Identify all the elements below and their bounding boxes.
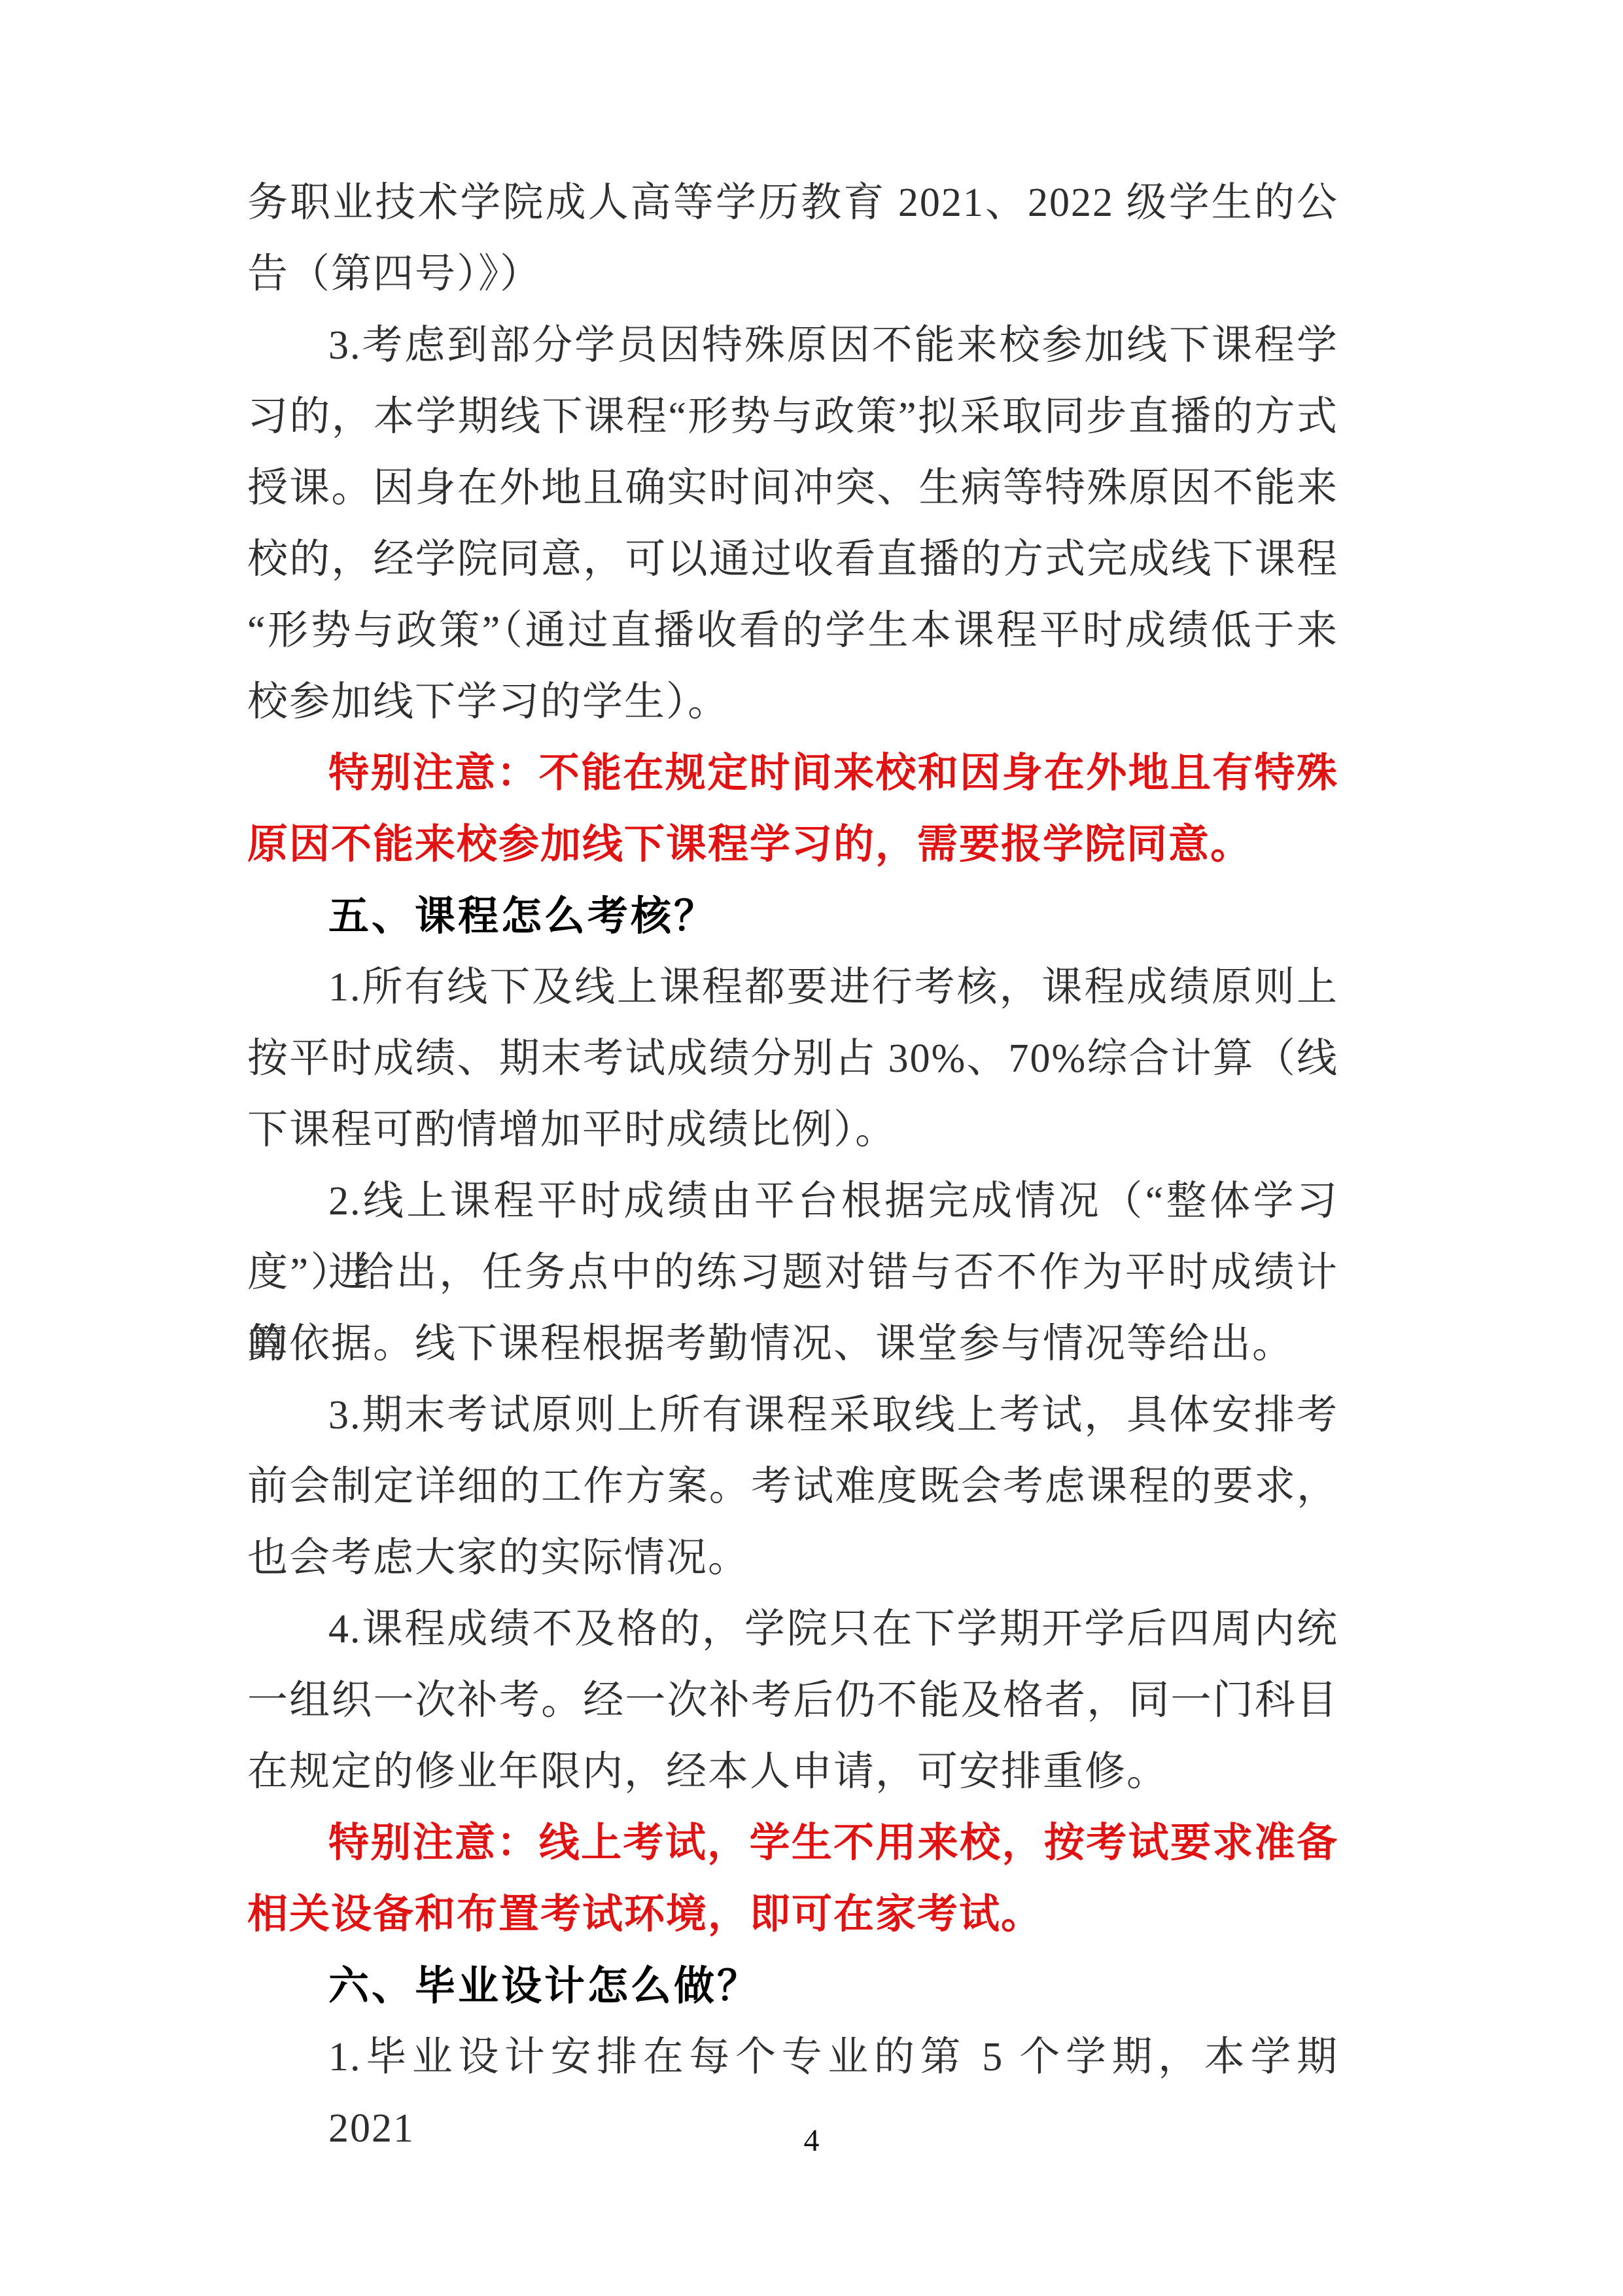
notice-line: 原因不能来校参加线下课程学习的，需要报学院同意。 bbox=[247, 809, 1338, 881]
text-line: 1.毕业设计安排在每个专业的第 5 个学期，本学期 2021 bbox=[247, 2022, 1338, 2093]
text-line: 按平时成绩、期末考试成绩分别占 30%、70%综合计算（线 bbox=[247, 1023, 1338, 1095]
text-line: 1.所有线下及线上课程都要进行考核，课程成绩原则上 bbox=[247, 952, 1338, 1023]
notice-line: 特别注意：线上考试，学生不用来校，按考试要求准备 bbox=[247, 1808, 1338, 1879]
text-line: 前会制定详细的工作方案。考试难度既会考虑课程的要求， bbox=[247, 1451, 1338, 1523]
text-line: 授课。因身在外地且确实时间冲突、生病等特殊原因不能来 bbox=[247, 453, 1338, 524]
text-line: 的依据。线下课程根据考勤情况、课堂参与情况等给出。 bbox=[247, 1309, 1338, 1380]
section-heading-five: 五、课程怎么考核？ bbox=[247, 881, 1338, 952]
page-number: 4 bbox=[0, 2123, 1623, 2159]
document-page: 务职业技术学院成人高等学历教育 2021、2022 级学生的公 告（第四号）》）… bbox=[0, 0, 1623, 2296]
text-line: 度”）给出，任务点中的练习题对错与否不作为平时成绩计算 bbox=[247, 1237, 1338, 1309]
document-body: 务职业技术学院成人高等学历教育 2021、2022 级学生的公 告（第四号）》）… bbox=[247, 168, 1338, 2093]
notice-line: 相关设备和布置考试环境，即可在家考试。 bbox=[247, 1879, 1338, 1951]
text-line: 在规定的修业年限内，经本人申请，可安排重修。 bbox=[247, 1737, 1338, 1808]
notice-line: 特别注意：不能在规定时间来校和因身在外地且有特殊 bbox=[247, 738, 1338, 809]
text-line: 也会考虑大家的实际情况。 bbox=[247, 1523, 1338, 1594]
text-line: 务职业技术学院成人高等学历教育 2021、2022 级学生的公 bbox=[247, 168, 1338, 239]
text-line: 4.课程成绩不及格的，学院只在下学期开学后四周内统 bbox=[247, 1594, 1338, 1665]
text-line: 校的，经学院同意，可以通过收看直播的方式完成线下课程 bbox=[247, 524, 1338, 595]
text-line: 习的，本学期线下课程“形势与政策”拟采取同步直播的方式 bbox=[247, 381, 1338, 453]
text-line: 3.期末考试原则上所有课程采取线上考试，具体安排考 bbox=[247, 1380, 1338, 1451]
text-line: 一组织一次补考。经一次补考后仍不能及格者，同一门科目 bbox=[247, 1665, 1338, 1737]
text-line: 告（第四号）》） bbox=[247, 239, 1338, 310]
text-line: 下课程可酌情增加平时成绩比例）。 bbox=[247, 1095, 1338, 1166]
section-heading-six: 六、毕业设计怎么做？ bbox=[247, 1951, 1338, 2022]
text-line: 校参加线下学习的学生）。 bbox=[247, 667, 1338, 738]
text-line: “形势与政策”（通过直播收看的学生本课程平时成绩低于来 bbox=[247, 595, 1338, 667]
text-line: 3.考虑到部分学员因特殊原因不能来校参加线下课程学 bbox=[247, 310, 1338, 381]
text-line: 2.线上课程平时成绩由平台根据完成情况（“整体学习进 bbox=[247, 1166, 1338, 1237]
